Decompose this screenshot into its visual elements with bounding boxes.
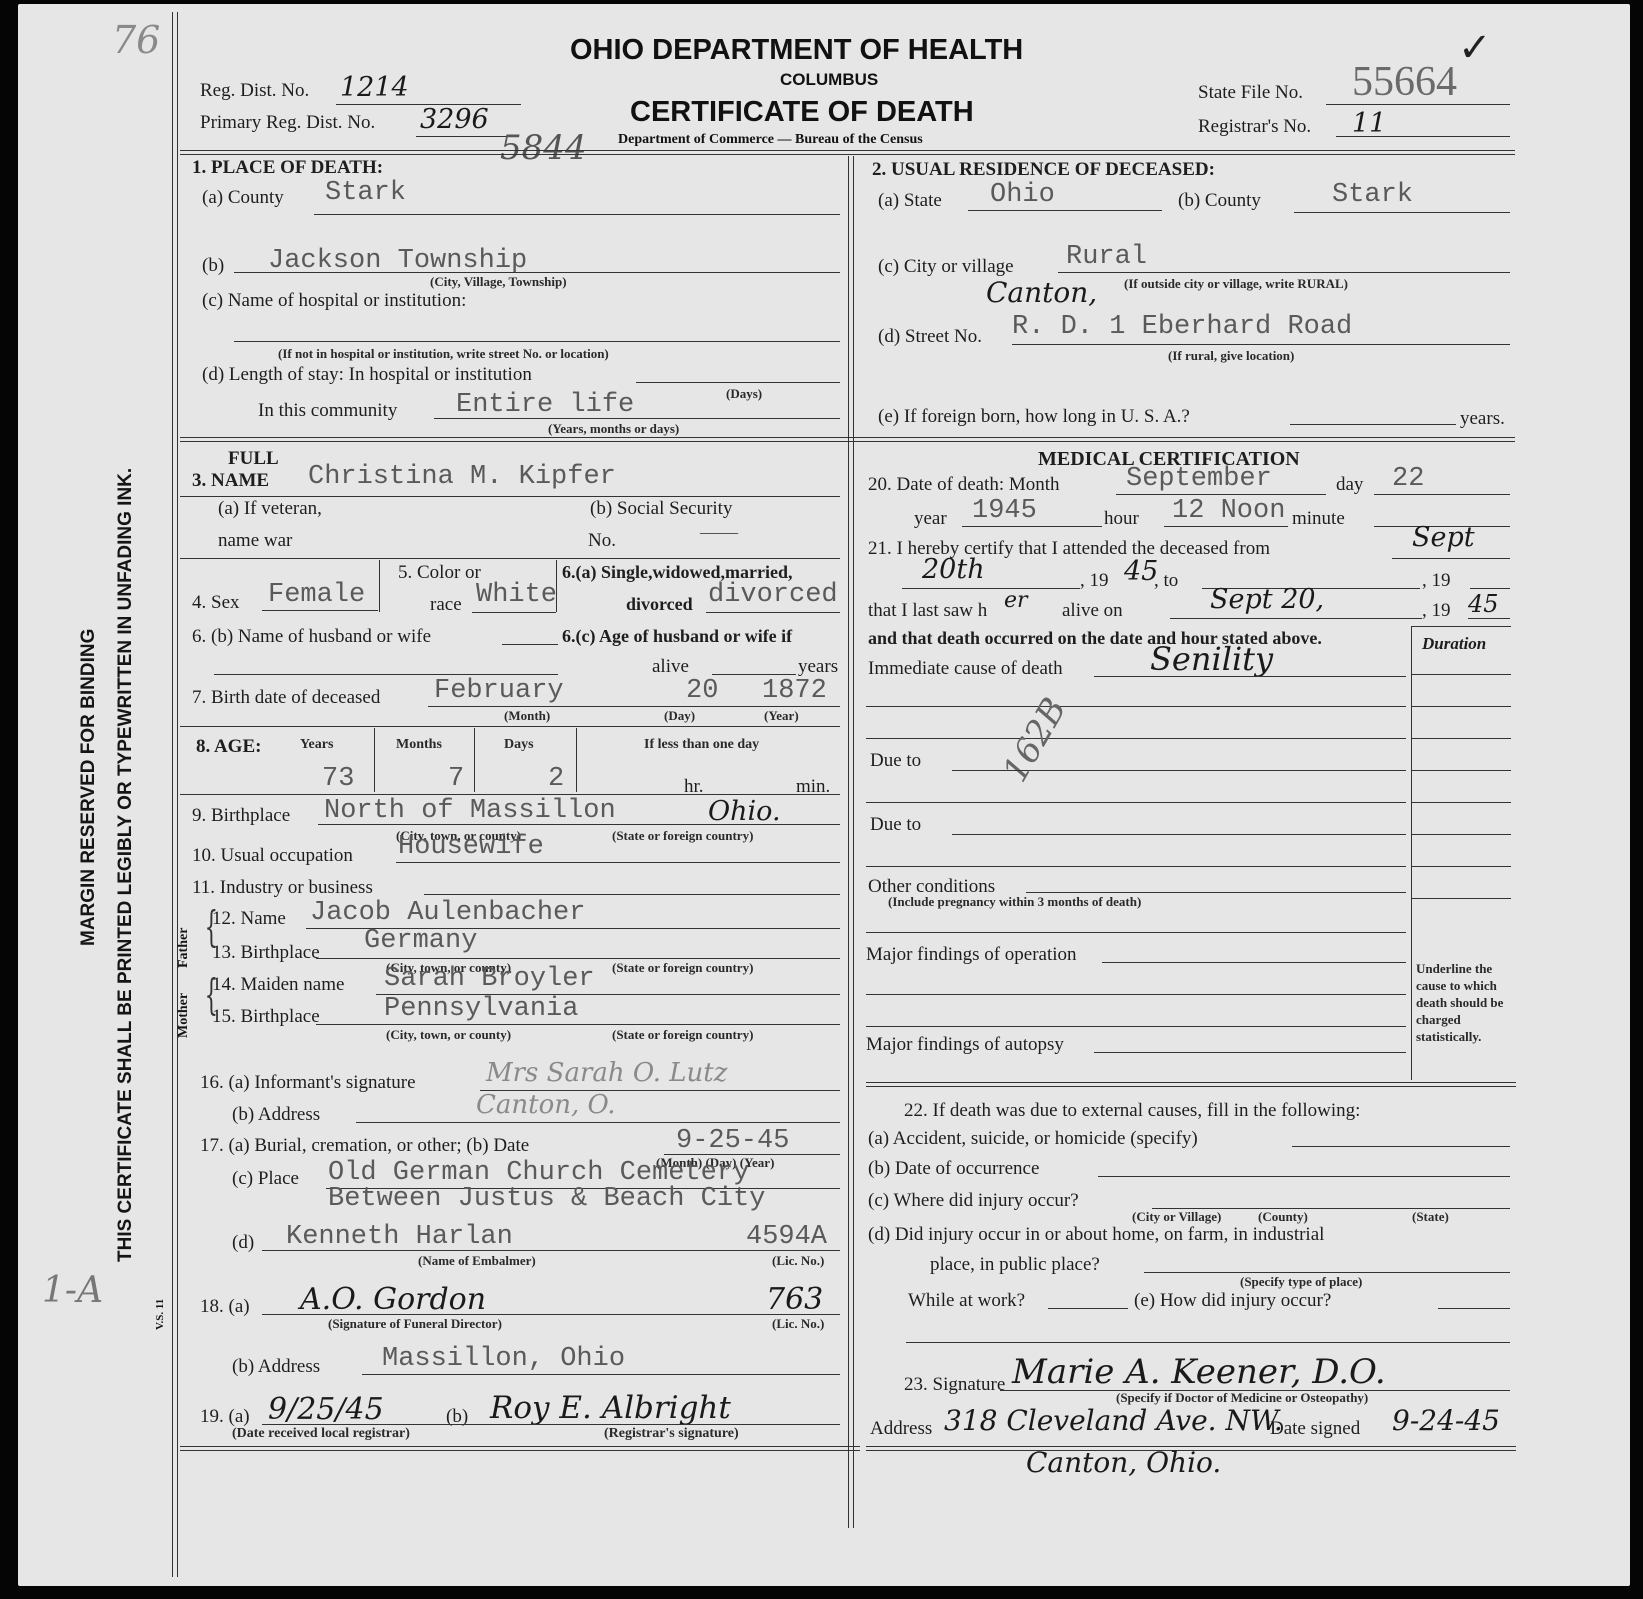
registrar-date-hint: (Date received local registrar) — [232, 1426, 410, 1442]
reg-dist-label: Reg. Dist. No. — [200, 80, 309, 102]
mother-state-hint: (State or foreign country) — [612, 1027, 753, 1043]
injury-place-label: (d) Did injury occur in or about home, o… — [868, 1224, 1324, 1246]
injury-place-hint: (Specify type of place) — [1240, 1274, 1362, 1290]
medical-divider — [866, 1082, 1516, 1087]
funeral-director-label: 18. (a) — [200, 1296, 250, 1318]
certificate-subtitle: Department of Commerce — Bureau of the C… — [618, 132, 923, 148]
foreign-born-unit: years. — [1460, 408, 1505, 430]
days-hint: (Days) — [726, 386, 762, 402]
industry-field — [424, 894, 840, 895]
spouse-name-field — [214, 674, 558, 675]
birth-date-label: 7. Birth date of deceased — [192, 687, 380, 709]
mother-maiden-name: Sarah Broyler — [384, 964, 595, 994]
social-security-value: —— — [700, 522, 738, 544]
race-label: race — [430, 594, 462, 616]
injury-place-field — [1144, 1272, 1510, 1273]
margin-pencil-number: 76 — [112, 18, 160, 62]
burial-date: 9-25-45 — [676, 1126, 789, 1156]
informant-signature: Mrs Sarah O. Lutz — [486, 1058, 727, 1088]
physician-address-line2: Canton, Ohio. — [1026, 1446, 1221, 1479]
funeral-address: Massillon, Ohio — [382, 1344, 625, 1374]
mother-city-hint: (City, town, or county) — [386, 1027, 511, 1043]
place-of-death-heading: 1. PLACE OF DEATH: — [192, 157, 383, 179]
registrar-date-label: 19. (a) — [200, 1406, 250, 1428]
death-date-label: 20. Date of death: Month — [868, 474, 1060, 496]
header-divider — [180, 150, 1515, 155]
res-state-value: Ohio — [990, 180, 1055, 210]
war-label: name war — [218, 530, 292, 552]
physician-address-label: Address — [870, 1418, 932, 1440]
year-prefix-1: , 19 — [1080, 570, 1109, 592]
death-year: 1945 — [972, 496, 1037, 526]
mother-name-label: 14. Maiden name — [212, 974, 344, 996]
at-work-label: While at work? — [908, 1290, 1025, 1312]
month-hint: (Month) — [504, 708, 550, 724]
death-hour: 12 Noon — [1172, 496, 1285, 526]
left-bottom-divider — [180, 1446, 860, 1451]
other-conditions-field — [1026, 892, 1406, 893]
state-file-value: 55664 — [1352, 58, 1457, 106]
funeral-director-hint: (Signature of Funeral Director) — [328, 1316, 502, 1332]
how-injury-field — [1438, 1308, 1510, 1309]
attended-from-day: 20th — [922, 554, 985, 585]
social-security-no-label: No. — [588, 530, 616, 552]
year-prefix-3: , 19 — [1422, 600, 1451, 622]
embalmer-name: Kenneth Harlan — [286, 1222, 513, 1252]
alive-on-label: alive on — [1062, 600, 1123, 622]
age-years: 73 — [322, 764, 354, 794]
mother-birthplace: Pennsylvania — [384, 994, 578, 1024]
death-city-hint: (City, Village, Township) — [430, 274, 567, 290]
department-city: COLUMBUS — [780, 70, 878, 90]
race-value: White — [476, 580, 557, 610]
binding-margin-rule — [172, 12, 173, 1577]
physician-sig-label: 23. Signature — [904, 1374, 1005, 1396]
birth-day: 20 — [686, 676, 718, 706]
binding-margin-rule-2 — [177, 12, 178, 1577]
death-city-label: (b) — [202, 255, 224, 277]
primary-reg-handwritten: 5844 — [500, 128, 587, 168]
form-code: V.S. 11 — [154, 1299, 166, 1330]
father-name: Jacob Aulenbacher — [310, 898, 585, 928]
sex-value: Female — [268, 580, 365, 610]
death-county-value: Stark — [325, 178, 406, 208]
social-security-label: (b) Social Security — [590, 498, 732, 520]
last-saw-date: Sept 20, — [1210, 584, 1324, 615]
res-city-label: (c) City or village — [878, 256, 1014, 278]
full-label: FULL — [228, 448, 279, 470]
foreign-born-label: (e) If foreign born, how long in U. S. A… — [878, 406, 1190, 428]
column-divider — [848, 443, 849, 1528]
column-divider-top — [848, 156, 849, 446]
res-street-value: R. D. 1 Eberhard Road — [1012, 312, 1352, 342]
operation-findings-field — [1102, 962, 1406, 963]
death-hour-label: hour — [1104, 508, 1139, 530]
occurrence-date-label: (b) Date of occurrence — [868, 1158, 1039, 1180]
veteran-label: (a) If veteran, — [218, 498, 322, 520]
last-saw-pronoun: er — [1004, 588, 1028, 613]
birth-year: 1872 — [762, 676, 827, 706]
res-street-hint: (If rural, give location) — [1168, 348, 1294, 364]
death-year-label: year — [914, 508, 947, 530]
age-col-less-than-day: If less than one day — [644, 737, 759, 753]
to-label: , to — [1154, 570, 1178, 592]
certificate-title: CERTIFICATE OF DEATH — [630, 96, 974, 129]
funeral-director-signature: A.O. Gordon — [300, 1282, 486, 1317]
embalmer-label: (d) — [232, 1232, 254, 1254]
state-file-label: State File No. — [1198, 82, 1303, 104]
hospital-hint: (If not in hospital or institution, writ… — [278, 346, 609, 362]
birthplace-state: Ohio. — [708, 796, 781, 827]
age-months: 7 — [448, 764, 464, 794]
occupation-value: Housewife — [398, 832, 544, 862]
registrar-sig-hint: (Registrar's signature) — [604, 1426, 739, 1442]
other-conditions-hint: (Include pregnancy within 3 months of de… — [888, 894, 1141, 910]
due-to-2-field — [952, 834, 1406, 835]
accident-label: (a) Accident, suicide, or homicide (spec… — [868, 1128, 1198, 1150]
attended-from-month: Sept — [1412, 522, 1475, 553]
burial-place-label: (c) Place — [232, 1168, 299, 1190]
community-hint: (Years, months or days) — [548, 421, 679, 437]
autopsy-findings-field — [1094, 1052, 1406, 1053]
burial-label: 17. (a) Burial, cremation, or other; (b)… — [200, 1135, 529, 1157]
industry-label: 11. Industry or business — [192, 877, 373, 899]
res-city-hint: (If outside city or village, write RURAL… — [1124, 276, 1348, 292]
embalmer-hint: (Name of Embalmer) — [418, 1253, 536, 1269]
section-divider — [180, 437, 1515, 442]
mother-tag: Mother — [176, 993, 192, 1038]
registrar-no-label: Registrar's No. — [1198, 116, 1311, 138]
embalmer-lic-hint: (Lic. No.) — [772, 1253, 824, 1269]
immediate-cause-value: Senility — [1150, 640, 1273, 678]
last-saw-year: 45 — [1468, 590, 1499, 618]
community-value: Entire life — [456, 390, 634, 420]
years-label: years — [798, 656, 838, 678]
res-county-value: Stark — [1332, 180, 1413, 210]
father-name-label: 12. Name — [212, 908, 286, 930]
primary-reg-value: 3296 — [420, 104, 489, 135]
margin-print-note: THIS CERTIFICATE SHALL BE PRINTED LEGIBL… — [115, 468, 137, 1262]
registrar-no-value: 11 — [1352, 108, 1386, 139]
divorced-label: divorced — [626, 594, 693, 615]
occurrence-date-field — [1098, 1176, 1510, 1177]
how-injury-label: (e) How did injury occur? — [1134, 1290, 1331, 1312]
age-col-months: Months — [396, 737, 442, 753]
hospital-label: (c) Name of hospital or institution: — [202, 290, 466, 312]
external-causes-heading: 22. If death was due to external causes,… — [904, 1100, 1360, 1122]
operation-findings-label: Major findings of operation — [866, 944, 1077, 966]
death-month: September — [1126, 464, 1272, 494]
physician-signature: Marie A. Keener, D.O. — [1012, 1352, 1386, 1392]
spouse-label: 6. (b) Name of husband or wife — [192, 626, 431, 648]
registrar-signature: Roy E. Albright — [490, 1390, 731, 1426]
father-birthplace: Germany — [364, 926, 477, 956]
accident-field — [1292, 1146, 1510, 1147]
primary-reg-label: Primary Reg. Dist. No. — [200, 112, 375, 134]
department-title: OHIO DEPARTMENT OF HEALTH — [570, 34, 1023, 67]
father-birthplace-label: 13. Birthplace — [212, 942, 320, 964]
color-label: 5. Color or — [398, 562, 481, 584]
funeral-address-label: (b) Address — [232, 1356, 320, 1378]
day-hint: (Day) — [664, 708, 695, 724]
injury-city-hint: (City or Village) — [1132, 1209, 1221, 1225]
community-label: In this community — [258, 400, 397, 422]
death-minute-label: minute — [1292, 508, 1345, 530]
year-hint: (Year) — [764, 708, 799, 724]
due-to-1-label: Due to — [870, 750, 921, 772]
spouse-age-label: 6.(c) Age of husband or wife if — [562, 626, 792, 647]
age-days: 2 — [548, 764, 564, 794]
injury-location-label: (c) Where did injury occur? — [868, 1190, 1079, 1212]
check-mark-icon: ✓ — [1458, 24, 1492, 71]
name-label: 3. NAME — [192, 470, 269, 492]
res-county-label: (b) County — [1178, 190, 1261, 212]
informant-address-label: (b) Address — [232, 1104, 320, 1126]
residence-heading: 2. USUAL RESIDENCE OF DECEASED: — [872, 159, 1215, 181]
deceased-name: Christina M. Kipfer — [308, 462, 616, 492]
age-col-days: Days — [504, 737, 534, 753]
injury-state-hint: (State) — [1412, 1209, 1449, 1225]
informant-sig-label: 16. (a) Informant's signature — [200, 1072, 416, 1094]
autopsy-findings-label: Major findings of autopsy — [866, 1034, 1064, 1056]
underline-note: Underline the cause to which death shoul… — [1416, 960, 1512, 1045]
birth-month: February — [434, 676, 564, 706]
birthplace-state-hint: (State or foreign country) — [612, 828, 753, 844]
res-city-handwritten: Canton, — [986, 276, 1097, 309]
res-city-value: Rural — [1066, 242, 1147, 272]
mother-birthplace-label: 15. Birthplace — [212, 1006, 320, 1028]
burial-place-line2: Between Justus & Beach City — [328, 1184, 765, 1214]
funeral-director-license: 763 — [766, 1282, 823, 1317]
at-work-field — [1048, 1308, 1128, 1309]
death-day: 22 — [1392, 464, 1424, 494]
duration-column-rule — [1411, 626, 1412, 1080]
physician-address: 318 Cleveland Ave. NW. — [944, 1404, 1283, 1437]
death-day-label: day — [1336, 474, 1363, 496]
res-street-label: (d) Street No. — [878, 326, 982, 348]
alive-label: alive — [652, 656, 689, 678]
date-signed: 9-24-45 — [1392, 1404, 1500, 1437]
father-tag: Father — [176, 928, 192, 968]
sex-label: 4. Sex — [192, 592, 240, 614]
father-state-hint: (State or foreign country) — [612, 960, 753, 976]
injury-county-hint: (County) — [1258, 1209, 1308, 1225]
informant-address: Canton, O. — [476, 1090, 616, 1120]
death-county-label: (a) County — [202, 187, 284, 209]
immediate-cause-label: Immediate cause of death — [868, 658, 1063, 680]
marital-value: divorced — [708, 580, 838, 610]
last-saw-label: that I last saw h — [868, 600, 987, 622]
res-state-label: (a) State — [878, 190, 942, 212]
duration-label: Duration — [1422, 634, 1486, 654]
age-col-years: Years — [300, 737, 333, 753]
hospital-field — [234, 341, 840, 342]
funeral-lic-hint: (Lic. No.) — [772, 1316, 824, 1332]
margin-pencil-code: 1-A — [42, 1270, 103, 1311]
embalmer-license: 4594A — [746, 1222, 827, 1252]
registrar-date-received: 9/25/45 — [268, 1392, 384, 1427]
reg-dist-value: 1214 — [340, 72, 409, 103]
length-of-stay-label: (d) Length of stay: In hospital or insti… — [202, 364, 532, 386]
occupation-label: 10. Usual occupation — [192, 845, 353, 867]
birthplace-label: 9. Birthplace — [192, 805, 290, 827]
margin-binding-note: MARGIN RESERVED FOR BINDING — [78, 629, 100, 946]
age-label: 8. AGE: — [196, 736, 261, 758]
injury-place-label-2: place, in public place? — [930, 1254, 1100, 1276]
due-to-1-field — [952, 770, 1406, 771]
birthplace-city: North of Massillon — [324, 796, 616, 826]
year-prefix-2: , 19 — [1422, 570, 1451, 592]
due-to-2-label: Due to — [870, 814, 921, 836]
date-signed-label: Date signed — [1270, 1418, 1360, 1440]
